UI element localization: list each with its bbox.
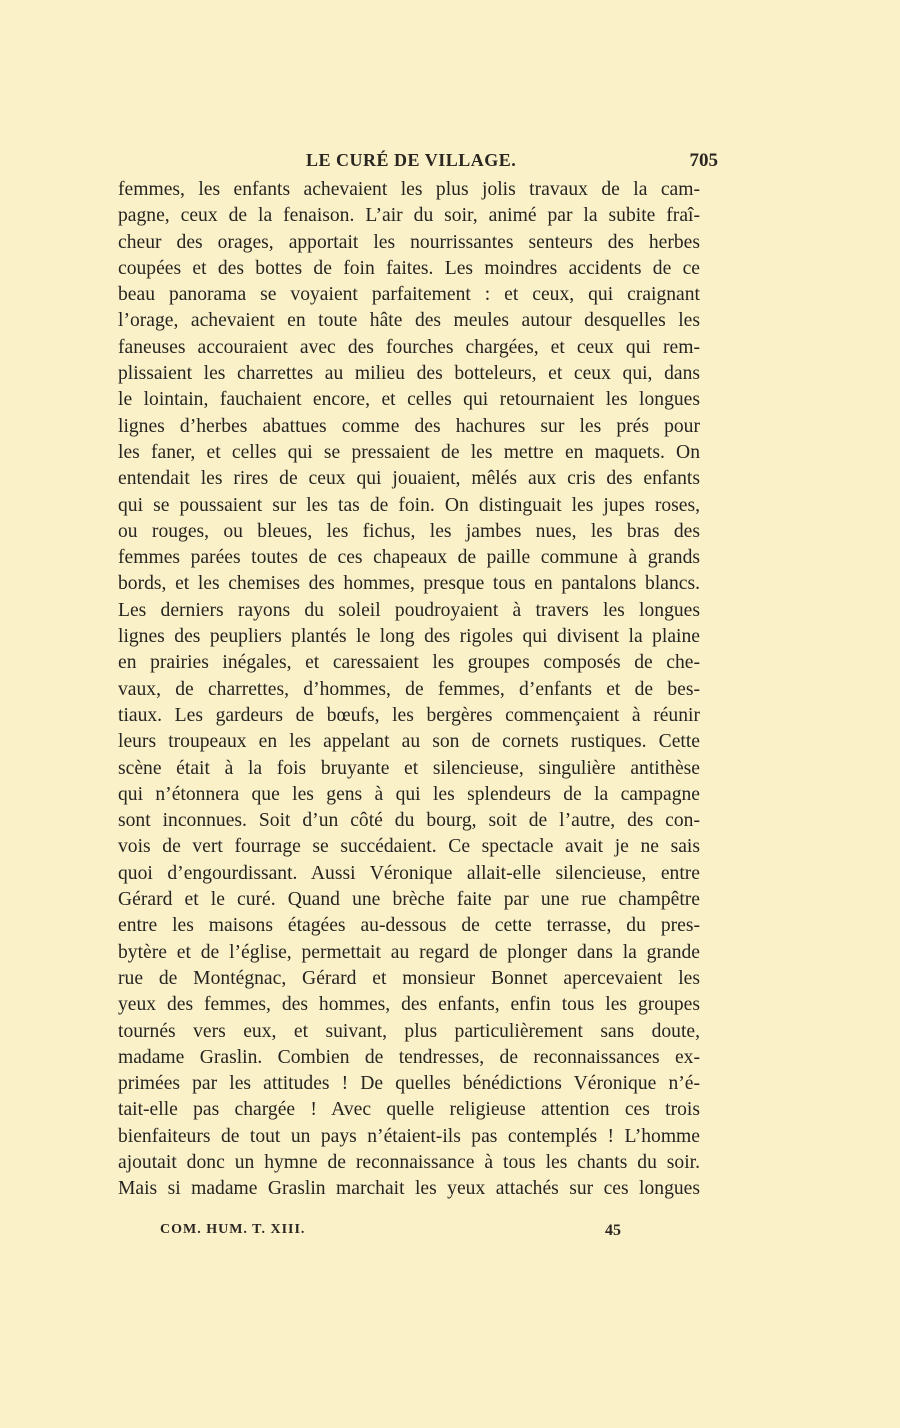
text-line: qui se poussaient sur les tas de foin. O…: [118, 493, 700, 519]
text-line: entre les maisons étagées au-dessous de …: [118, 913, 700, 939]
text-line: l’orage, achevaient en toute hâte des me…: [118, 308, 700, 334]
text-line: femmes, les enfants achevaient les plus …: [118, 177, 700, 203]
text-line: cheur des orages, apportait les nourriss…: [118, 230, 700, 256]
text-line: leurs troupeaux en les appelant au son d…: [118, 729, 700, 755]
body-text: femmes, les enfants achevaient les plus …: [118, 177, 700, 1203]
text-line: ajoutait donc un hymne de reconnaissance…: [118, 1150, 700, 1176]
text-line: scène était à la fois bruyante et silenc…: [118, 756, 700, 782]
text-line: les faner, et celles qui se pressaient d…: [118, 440, 700, 466]
text-line: bytère et de l’église, permettait au reg…: [118, 940, 700, 966]
text-line: vaux, de charrettes, d’hommes, de femmes…: [118, 677, 700, 703]
text-line: madame Graslin. Combien de tendresses, d…: [118, 1045, 700, 1071]
running-title: LE CURÉ DE VILLAGE.: [306, 150, 516, 171]
book-page: LE CURÉ DE VILLAGE. 705 femmes, les enfa…: [0, 0, 900, 1428]
text-line: beau panorama se voyaient parfaitement :…: [118, 282, 700, 308]
page-footer: COM. HUM. T. XIII. 45: [118, 1222, 718, 1246]
text-line: femmes parées toutes de ces chapeaux de …: [118, 545, 700, 571]
text-line: ou rouges, ou bleues, les fichus, les ja…: [118, 519, 700, 545]
text-line: yeux des femmes, des hommes, des enfants…: [118, 992, 700, 1018]
text-line: bords, et les chemises des hommes, presq…: [118, 571, 700, 597]
text-line: le lointain, fauchaient encore, et celle…: [118, 387, 700, 413]
text-line: rue de Montégnac, Gérard et monsieur Bon…: [118, 966, 700, 992]
running-header: LE CURÉ DE VILLAGE. 705: [118, 150, 718, 180]
text-line: lignes d’herbes abattues comme des hachu…: [118, 414, 700, 440]
sheet-number: 45: [605, 1222, 621, 1240]
signature-mark: COM. HUM. T. XIII.: [160, 1222, 305, 1238]
text-line: Mais si madame Graslin marchait les yeux…: [118, 1176, 700, 1202]
page-number: 705: [690, 150, 719, 172]
text-line: vois de vert fourrage se succédaient. Ce…: [118, 834, 700, 860]
text-line: bienfaiteurs de tout un pays n’étaient-i…: [118, 1124, 700, 1150]
text-line: entendait les rires de ceux qui jouaient…: [118, 466, 700, 492]
text-line: pagne, ceux de la fenaison. L’air du soi…: [118, 203, 700, 229]
text-line: quoi d’engourdissant. Aussi Véronique al…: [118, 861, 700, 887]
text-line: primées par les attitudes ! De quelles b…: [118, 1071, 700, 1097]
text-line: lignes des peupliers plantés le long des…: [118, 624, 700, 650]
text-line: qui n’étonnera que les gens à qui les sp…: [118, 782, 700, 808]
text-line: plissaient les charrettes au milieu des …: [118, 361, 700, 387]
text-line: en prairies inégales, et caressaient les…: [118, 650, 700, 676]
text-line: faneuses accouraient avec des fourches c…: [118, 335, 700, 361]
text-line: Gérard et le curé. Quand une brèche fait…: [118, 887, 700, 913]
text-line: tournés vers eux, et suivant, plus parti…: [118, 1019, 700, 1045]
text-line: Les derniers rayons du soleil poudroyaie…: [118, 598, 700, 624]
text-line: tiaux. Les gardeurs de bœufs, les bergèr…: [118, 703, 700, 729]
text-line: coupées et des bottes de foin faites. Le…: [118, 256, 700, 282]
text-line: sont inconnues. Soit d’un côté du bourg,…: [118, 808, 700, 834]
text-line: tait-elle pas chargée ! Avec quelle reli…: [118, 1097, 700, 1123]
